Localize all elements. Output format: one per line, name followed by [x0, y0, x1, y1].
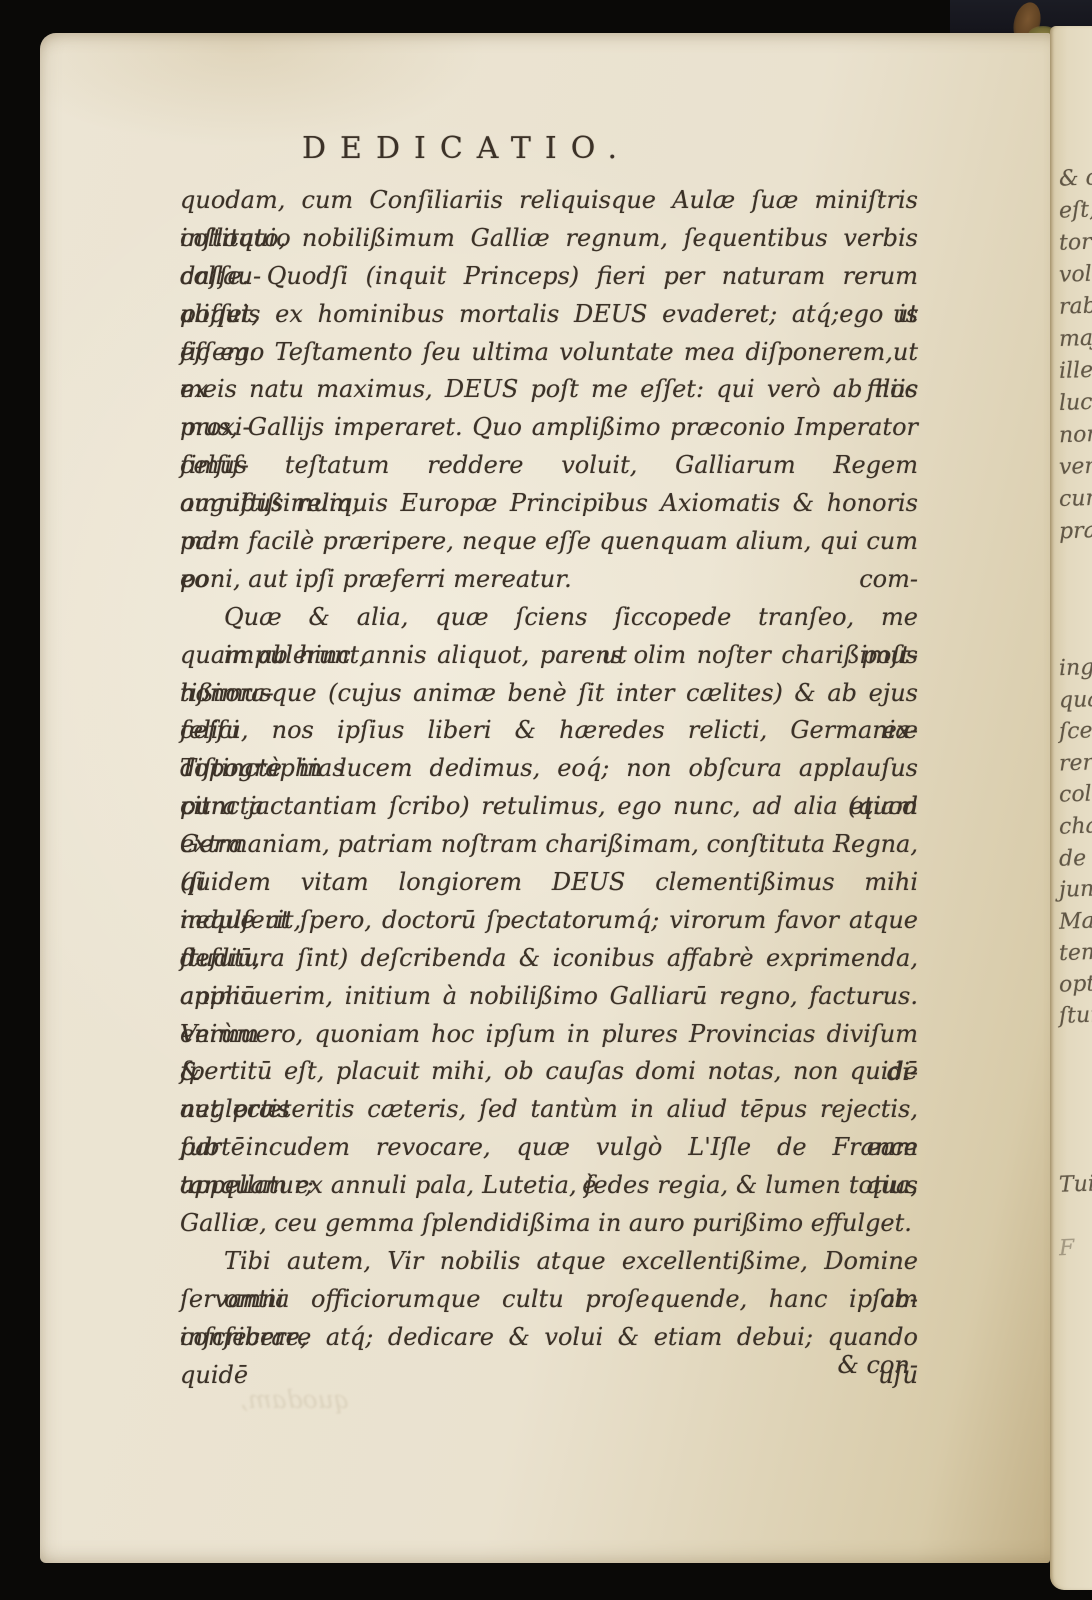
text-line: ceſſu, nos ipſius liberi & hæredes relic…	[180, 712, 918, 750]
sliver-fragment: lucul	[1059, 389, 1092, 416]
sliver-fragment: tore	[1059, 229, 1092, 256]
text-line: applicuerim, initium à nobilißimo Gallia…	[180, 978, 918, 1016]
sliver-fragment: vole	[1059, 261, 1092, 288]
sliver-fragment: rer.Suſc	[1059, 748, 1092, 776]
sliver-fragment: junctos,a	[1059, 874, 1092, 903]
text-line: Galliæ, ceu gemma ſplendidißima in auro …	[180, 1205, 918, 1243]
sliver-fragment: chartace	[1059, 811, 1092, 839]
text-line: inſtituto, nobilißimum Galliæ regnum, ſe…	[180, 220, 918, 258]
sliver-fragment: rabi	[1059, 293, 1092, 320]
text-line: ſub incudem revocare, quæ vulgò L'Iſle d…	[180, 1129, 918, 1167]
sliver-fragment: præcip	[1059, 517, 1092, 545]
sliver-fragment: ingrat	[1059, 654, 1092, 681]
text-line: Tibi autem, Vir nobilis atque excellenti…	[180, 1243, 918, 1281]
text-line: ſimus teſtatum reddere voluit, Galliarum…	[180, 447, 918, 485]
text-line: aliquis ex hominibus mortalis DEUS evade…	[180, 296, 918, 334]
text-line: neque ut ſpero, doctorū ſpectatorumq́; v…	[180, 902, 918, 940]
ghost-show-through-text: quodam,	[240, 1385, 350, 1414]
text-line: quodam, cum Conſiliariis reliquisque Aul…	[180, 182, 918, 220]
sliver-fragment: ſcerem,	[1059, 717, 1092, 745]
text-line: ſpertitū eſt, placuit mihi, ob cauſas do…	[180, 1053, 918, 1091]
sliver-fragment: de priſtin	[1059, 843, 1092, 872]
text-line: meis natu maximus, DEUS poſt me eſſet: q…	[180, 371, 918, 409]
sliver-fragment: majo	[1059, 325, 1092, 352]
book-scan: { "colors":{ "bg":"#0a0907", "paper":"#e…	[0, 0, 1092, 1600]
sliver-fragment: & c	[1059, 165, 1092, 191]
catchword: & con-	[180, 1351, 918, 1379]
sliver-fragment: quævis	[1059, 686, 1092, 714]
sliver-fragment: ille,c	[1059, 357, 1092, 384]
sliver-fragment: curat	[1059, 485, 1092, 512]
text-line: citra jactantiam ſcribo) retulimus, ego …	[180, 788, 918, 826]
text-line: ſervantia officiorumque cultu proſequend…	[180, 1281, 918, 1319]
next-page-sliver: & ceſt,torevolerabimajoille,cluculnominv…	[1050, 26, 1092, 1590]
sliver-fragment: Max.com	[1059, 906, 1092, 935]
sliver-fragment: opto. Da	[1059, 969, 1092, 997]
text-block: quodam, cum Conſiliariis reliquisque Aul…	[180, 182, 918, 1357]
sliver-fragment: ſtum natu	[1059, 1000, 1092, 1029]
sliver-fragment: nomin	[1059, 421, 1092, 448]
text-line: quidem vitam longiorem DEUS clementißimu…	[180, 864, 918, 902]
text-line: diſtinctè in lucem dedimus, eoq́; non ob…	[180, 750, 918, 788]
text-line: tanquam ex annuli pala, Lutetia, ſedes r…	[180, 1167, 918, 1205]
text-line: aut præteritis cæteris, ſed tantùm in al…	[180, 1091, 918, 1129]
sliver-fragment: eſt,	[1059, 197, 1092, 223]
sliver-fragment: verò,	[1059, 453, 1092, 480]
text-line: ſic ego Teſtamento ſeu ultima voluntate …	[180, 334, 918, 372]
page-header: DEDICATIO.	[302, 131, 631, 166]
sliver-fragment: colendiß	[1059, 779, 1092, 807]
sliver-fragment: Tui,	[1059, 1171, 1092, 1197]
text-line: mus, Gallijs imperaret. Quo amplißimo pr…	[180, 409, 918, 447]
text-line: daſſe. Quodſi (inquit Princeps) fieri pe…	[180, 258, 918, 296]
text-line: quam ab hinc annis aliquot, parens olim …	[180, 637, 918, 675]
sliver-fragment: F	[1059, 1236, 1075, 1262]
text-line: tißimusque (cujus animæ benè ſit inter c…	[180, 675, 918, 713]
text-line: Germaniam, patriam noſtram charißimam, c…	[180, 826, 918, 864]
sliver-fragment: tempore ſa	[1059, 937, 1092, 966]
text-line: Quæ & alia, quæ ſciens ſiccopede tranſeo…	[180, 599, 918, 637]
book-page: DEDICATIO. quodam, cum Conſiliariis reli…	[40, 33, 1050, 1563]
text-line: enimuero, quoniam hoc ipſum in plures Pr…	[180, 1016, 918, 1054]
text-line: defutura ſint) deſcribenda & iconibus af…	[180, 940, 918, 978]
text-line: omnibus reliquis Europæ Principibus Axio…	[180, 485, 918, 523]
text-line: mam facilè præripere, neque eſſe quenqua…	[180, 523, 918, 561]
